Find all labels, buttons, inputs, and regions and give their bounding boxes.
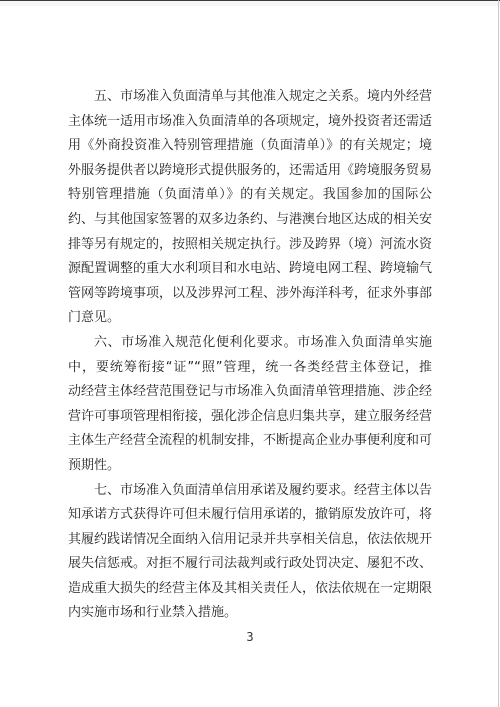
- text-line: 营许可事项管理相衔接，强化涉企信息归集共享，建立服务经营: [68, 405, 432, 430]
- top-shadow: [0, 1, 500, 6]
- text-line: 门意见。: [68, 306, 432, 331]
- text-line: 中，要统筹衔接“证”“照”管理，统一各类经营主体登记，推: [68, 356, 432, 381]
- document-page: 五、市场准入负面清单与其他准入规定之关系。境内外经营 主体统一适用市场准入负面清…: [68, 85, 432, 626]
- paragraph-section-7: 七、市场准入负面清单信用承诺及履约要求。经营主体以告 知承诺方式获得许可但未履行…: [68, 479, 432, 627]
- text-line: 内实施市场和行业禁入措施。: [68, 601, 432, 626]
- paragraph-section-6: 六、市场准入规范化便利化要求。市场准入负面清单实施 中，要统筹衔接“证”“照”管…: [68, 331, 432, 479]
- text-line: 预期性。: [68, 454, 432, 479]
- text-line: 约、与其他国家签署的双多边条约、与港澳台地区达成的相关安: [68, 208, 432, 233]
- text-line: 动经营主体经营范围登记与市场准入负面清单管理措施、涉企经: [68, 380, 432, 405]
- text-line: 主体统一适用市场准入负面清单的各项规定，境外投资者还需适: [68, 110, 432, 135]
- text-line: 七、市场准入负面清单信用承诺及履约要求。经营主体以告: [68, 479, 432, 504]
- text-line: 用《外商投资准入特别管理措施（负面清单）》的有关规定；境: [68, 134, 432, 159]
- text-line: 主体生产经营全流程的机制安排，不断提高企业办事便利度和可: [68, 429, 432, 454]
- text-line: 源配置调整的重大水利项目和水电站、跨境电网工程、跨境输气: [68, 257, 432, 282]
- text-line: 其履约践诺情况全面纳入信用记录并共享相关信息，依法依规开: [68, 528, 432, 553]
- right-border: [498, 0, 499, 707]
- text-line: 外服务提供者以跨境形式提供服务的，还需适用《跨境服务贸易: [68, 159, 432, 184]
- paragraph-section-5: 五、市场准入负面清单与其他准入规定之关系。境内外经营 主体统一适用市场准入负面清…: [68, 85, 432, 331]
- text-line: 展失信惩戒。对拒不履行司法裁判或行政处罚决定、屡犯不改、: [68, 552, 432, 577]
- text-line: 管网等跨境事项，以及涉界河工程、涉外海洋科考，征求外事部: [68, 282, 432, 307]
- page-number: 3: [0, 628, 500, 646]
- text-line: 知承诺方式获得许可但未履行信用承诺的，撤销原发放许可，将: [68, 503, 432, 528]
- text-line: 六、市场准入规范化便利化要求。市场准入负面清单实施: [68, 331, 432, 356]
- text-line: 排等另有规定的，按照相关规定执行。涉及跨界（境）河流水资: [68, 233, 432, 258]
- text-line: 造成重大损失的经营主体及其相关责任人，依法依规在一定期限: [68, 577, 432, 602]
- text-line: 五、市场准入负面清单与其他准入规定之关系。境内外经营: [68, 85, 432, 110]
- text-line: 特别管理措施（负面清单）》的有关规定。我国参加的国际公: [68, 183, 432, 208]
